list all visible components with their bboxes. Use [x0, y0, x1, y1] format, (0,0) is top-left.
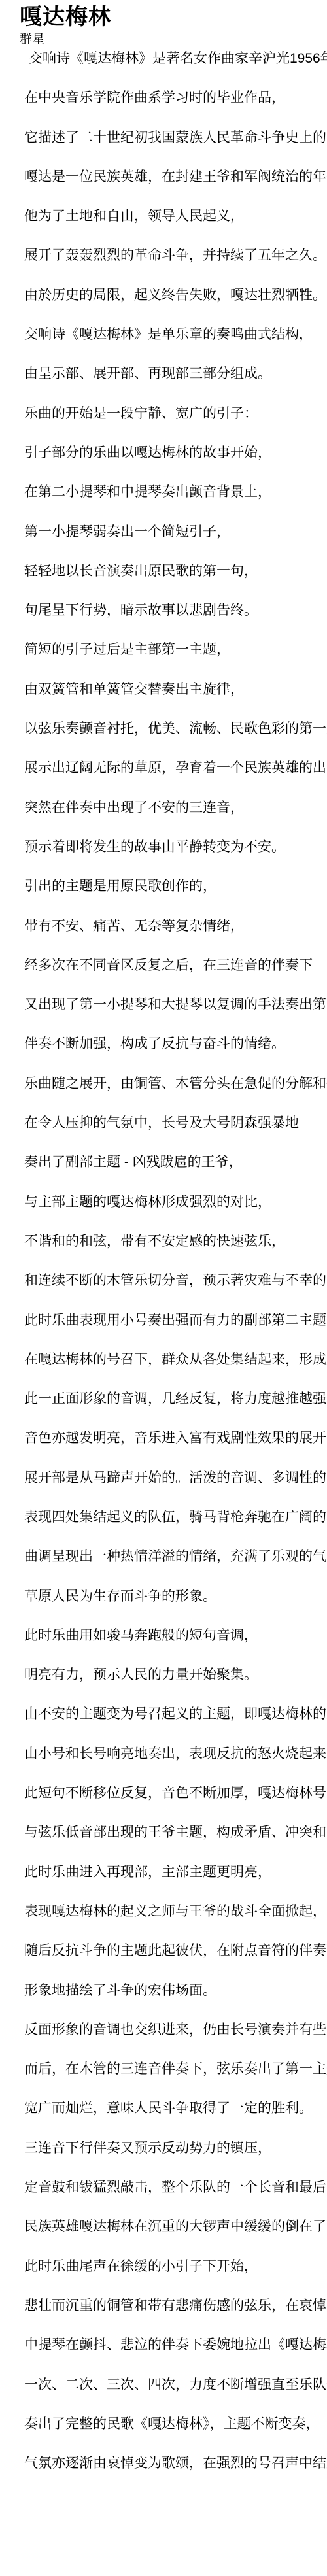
- text-line: 此时乐曲进入再现部，主部主题更明亮，: [24, 1853, 327, 1892]
- text-line: 宽广而灿烂，意味人民斗争取得了一定的胜利。: [24, 2089, 327, 2128]
- text-line: 由呈示部、展开部、再现部三部分组成。: [24, 354, 327, 394]
- text-line: 引子部分的乐曲以嘎达梅林的故事开始，: [24, 433, 327, 473]
- text-line: 他为了土地和自由，领导人民起义，: [24, 197, 327, 236]
- text-line: 乐曲的开始是一段宁静、宽广的引子：: [24, 394, 327, 433]
- text-line: 引出的主题是用原民歌创作的，: [24, 867, 327, 906]
- text-line: 和连续不断的木管乐切分音，预示著灾难与不幸的降: [24, 1261, 327, 1300]
- text-line: 表现四处集结起义的队伍，骑马背枪奔驰在广阔的草原: [24, 1498, 327, 1537]
- text-line: 此一正面形象的音调，几经反复，将力度越推越强，: [24, 1380, 327, 1419]
- text-line: 展开部是从马蹄声开始的。活泼的音调、多调性的织体: [24, 1459, 327, 1498]
- text-line: 在令人压抑的气氛中，长号及大号阴森强暴地: [24, 1104, 327, 1143]
- text-line: 与弦乐低音部出现的王爷主题，构成矛盾、冲突和对抗: [24, 1813, 327, 1852]
- text-line: 伴奏不断加强，构成了反抗与奋斗的情绪。: [24, 1025, 327, 1064]
- text-line: 与主部主题的嘎达梅林形成强烈的对比，: [24, 1183, 327, 1222]
- text-line: 此短句不断移位反复，音色不断加厚，嘎达梅林号召的: [24, 1774, 327, 1813]
- text-line: 以弦乐奏颤音衬托，优美、流畅、民歌色彩的第一主题: [24, 709, 327, 749]
- text-line: 第一小提琴弱奏出一个简短引子，: [24, 513, 327, 552]
- text-line: 表现嘎达梅林的起义之师与王爷的战斗全面掀起，: [24, 1892, 327, 1931]
- text-line: 又出现了第一小提琴和大提琴以复调的手法奏出第一主: [24, 985, 327, 1025]
- text-line: 此时乐曲表现用小号奏出强而有力的副部第二主题，仿: [24, 1301, 327, 1340]
- text-line: 定音鼓和钹猛烈敲击，整个乐队的一个长音和最后一起: [24, 2168, 327, 2207]
- text-line: 奏出了副部主题 - 凶残跋扈的王爷，: [24, 1143, 327, 1182]
- text-line: 由双簧管和单簧管交替奏出主旋律，: [24, 670, 327, 709]
- text-line: 此时乐曲用如骏马奔跑般的短句音调，: [24, 1616, 327, 1655]
- text-line: 在嘎达梅林的号召下，群众从各处集结起来，形成反抗: [24, 1340, 327, 1380]
- text-line: 而后，在木管的三连音伴奏下，弦乐奏出了第一主题: [24, 2050, 327, 2089]
- text-line: 经多次在不同音区反复之后，在三连音的伴奏下: [24, 946, 327, 985]
- text-line: 形象地描绘了斗争的宏伟场面。: [24, 1971, 327, 2010]
- text-line: 在中央音乐学院作曲系学习时的毕业作品，: [24, 78, 327, 118]
- text-line: 不谐和的和弦，带有不安定感的快速弦乐，: [24, 1222, 327, 1261]
- text-line: 音色亦越发明亮，音乐进入富有戏剧性效果的展开部。: [24, 1419, 327, 1458]
- text-line: 民族英雄嘎达梅林在沉重的大锣声中缓缓的倒在了草原: [24, 2207, 327, 2246]
- text-line: 由小号和长号响亮地奏出，表现反抗的怒火烧起来了。: [24, 1735, 327, 1774]
- text-line: 随后反抗斗争的主题此起彼伏，在附点音符的伴奏下: [24, 1931, 327, 1971]
- text-line: 由不安的主题变为号召起义的主题，即嘎达梅林的主题: [24, 1695, 327, 1734]
- text-line: 句尾呈下行势，暗示故事以悲剧告终。: [24, 591, 327, 630]
- text-line: 奏出了完整的民歌《嘎达梅林》，主题不断变奏，: [24, 2405, 327, 2444]
- text-line: 悲壮而沉重的铜管和带有悲痛伤感的弦乐，在哀悼人民: [24, 2286, 327, 2326]
- text-line: 乐曲随之展开，由铜管、木管分头在急促的分解和弦上: [24, 1064, 327, 1104]
- text-line: 草原人民为生存而斗争的形象。: [24, 1577, 327, 1616]
- text-line: 展开了轰轰烈烈的革命斗争，并持续了五年之久。: [24, 236, 327, 275]
- song-description-text: 交响诗《嘎达梅林》是著名女作曲家辛沪光1956年在中央音乐学院作曲系学习时的毕业…: [24, 39, 327, 2483]
- text-line: 一次、二次、三次、四次，力度不断增强直至乐队全奏: [24, 2365, 327, 2405]
- text-line: 由於历史的局限，起义终告失败，嘎达壮烈牺牲。: [24, 276, 327, 315]
- text-line: 交响诗《嘎达梅林》是单乐章的奏鸣曲式结构，: [24, 315, 327, 354]
- text-line: 反面形象的音调也交织进来，仍由长号演奏并有些变形: [24, 2010, 327, 2050]
- text-line: 气氛亦逐渐由哀悼变为歌颂，在强烈的号召声中结束全: [24, 2444, 327, 2483]
- text-line: 在第二小提琴和中提琴奏出颤音背景上，: [24, 473, 327, 512]
- text-line: 突然在伴奏中出现了不安的三连音，: [24, 788, 327, 828]
- text-line: 它描述了二十世纪初我国蒙族人民革命斗争史上的一: [24, 118, 327, 158]
- text-line: 交响诗《嘎达梅林》是著名女作曲家辛沪光1956年: [24, 39, 327, 78]
- document: 嘎达梅林 群星 交响诗《嘎达梅林》是著名女作曲家辛沪光1956年在中央音乐学院作…: [0, 0, 327, 2483]
- text-line: 明亮有力，预示人民的力量开始聚集。: [24, 1655, 327, 1695]
- page-title: 嘎达梅林: [20, 3, 327, 31]
- text-line: 带有不安、痛苦、无奈等复杂情绪，: [24, 907, 327, 946]
- text-line: 嘎达是一位民族英雄，在封建王爷和军阀统治的年代: [24, 158, 327, 197]
- text-line: 轻轻地以长音演奏出原民歌的第一句，: [24, 552, 327, 591]
- text-line: 中提琴在颤抖、悲泣的伴奏下委婉地拉出《嘎达梅林》: [24, 2326, 327, 2365]
- text-line: 曲调呈现出一种热情洋溢的情绪，充满了乐观的气息和: [24, 1537, 327, 1576]
- text-line: 预示着即将发生的故事由平静转变为不安。: [24, 828, 327, 867]
- text-line: 三连音下行伴奏又预示反动势力的镇压，: [24, 2129, 327, 2168]
- text-line: 展示出辽阔无际的草原，孕育着一个民族英雄的出现。: [24, 749, 327, 788]
- text-line: 简短的引子过后是主部第一主题，: [24, 630, 327, 669]
- text-line: 此时乐曲尾声在徐缓的小引子下开始，: [24, 2247, 327, 2286]
